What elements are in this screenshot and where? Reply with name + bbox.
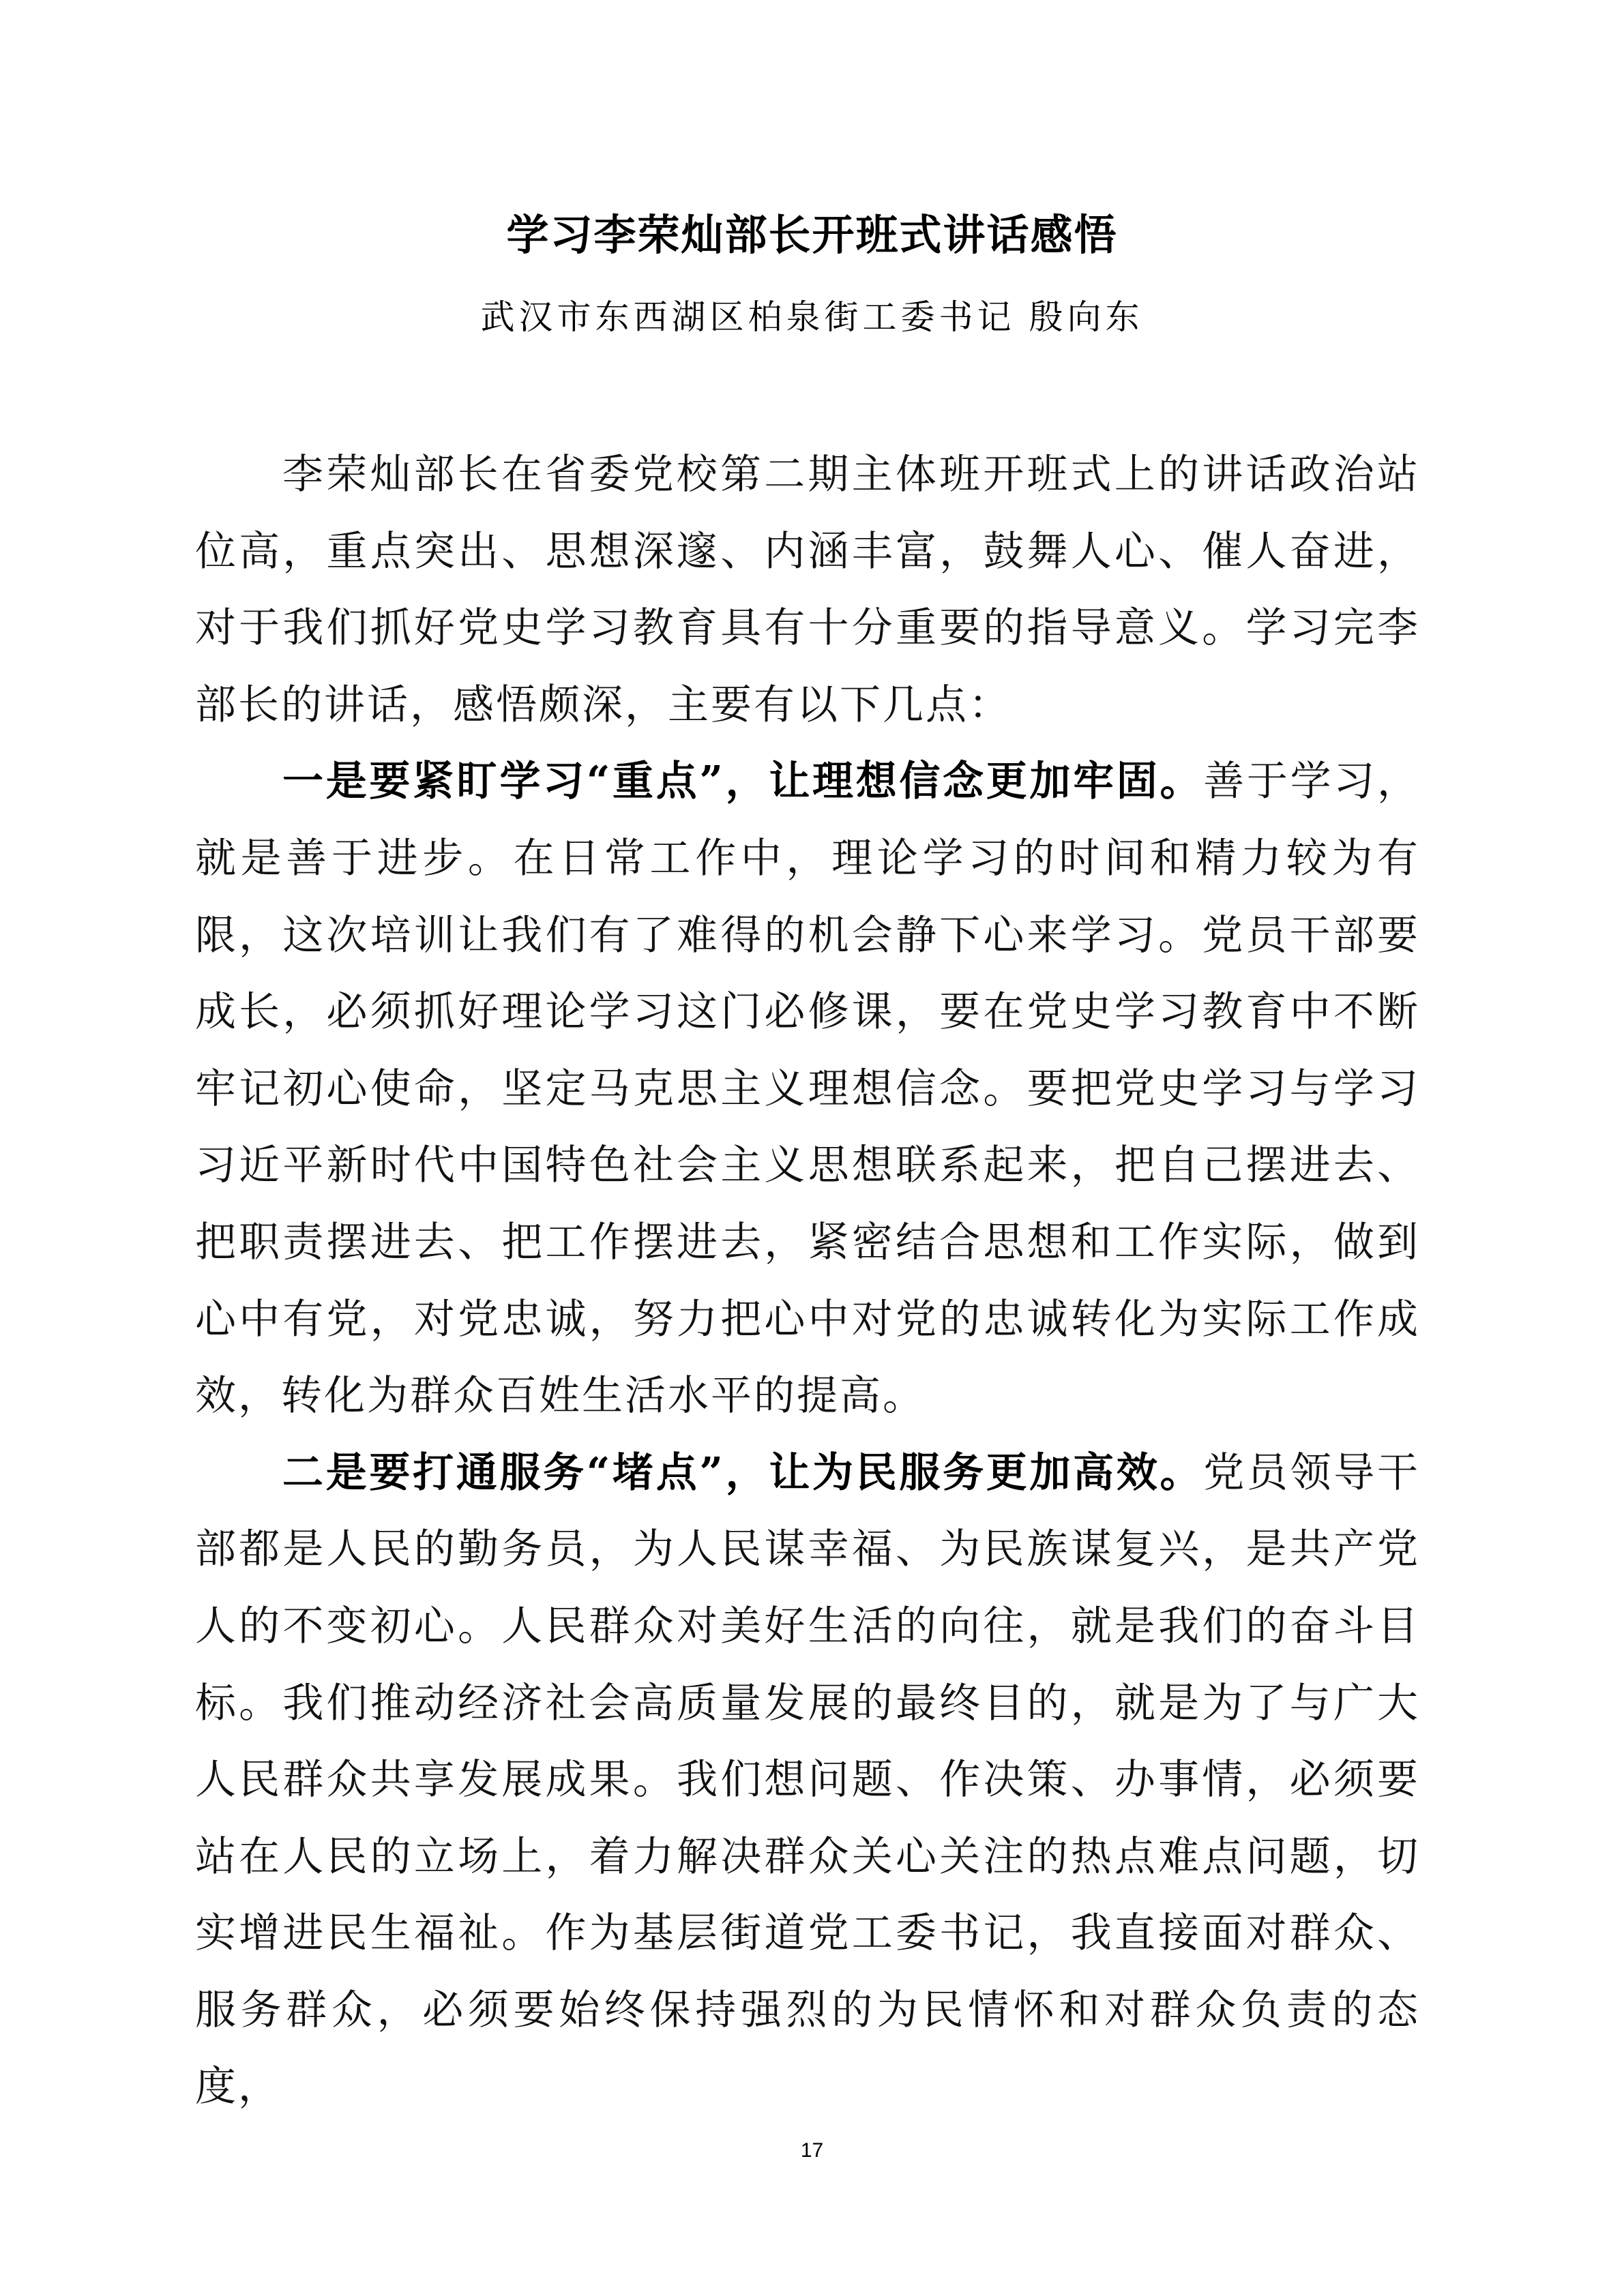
paragraph-point-two: 二是要打通服务“堵点”，让为民服务更加高效。党员领导干部都是人民的勤务员，为人民… bbox=[195, 1435, 1420, 2126]
author-affiliation: 武汉市东西湖区柏泉街工委书记 bbox=[481, 297, 1016, 337]
author-name: 殷向东 bbox=[1029, 297, 1144, 337]
page-number: 17 bbox=[0, 2137, 1624, 2164]
paragraph-text: 李荣灿部长在省委党校第二期主体班开班式上的讲话政治站位高，重点突出、思想深邃、内… bbox=[195, 451, 1420, 729]
paragraph-point-one: 一是要紧盯学习“重点”，让理想信念更加牢固。善于学习，就是善于进步。在日常工作中… bbox=[195, 743, 1420, 1434]
paragraph-text: 党员领导干部都是人民的勤务员，为人民谋幸福、为民族谋复兴，是共产党人的不变初心。… bbox=[195, 1449, 1420, 2111]
paragraph-lead-heading: 一是要紧盯学习“重点”，让理想信念更加牢固。 bbox=[282, 758, 1203, 805]
document-title: 学习李荣灿部长开班式讲话感悟 bbox=[0, 205, 1624, 266]
document-page: 学习李荣灿部长开班式讲话感悟 武汉市东西湖区柏泉街工委书记殷向东 李荣灿部长在省… bbox=[0, 0, 1624, 2296]
document-body: 李荣灿部长在省委党校第二期主体班开班式上的讲话政治站位高，重点突出、思想深邃、内… bbox=[195, 436, 1420, 2126]
document-byline: 武汉市东西湖区柏泉街工委书记殷向东 bbox=[0, 290, 1624, 344]
paragraph-lead-heading: 二是要打通服务“堵点”，让为民服务更加高效。 bbox=[282, 1449, 1203, 1497]
paragraph-text: 善于学习，就是善于进步。在日常工作中，理论学习的时间和精力较为有限，这次培训让我… bbox=[195, 758, 1420, 1420]
paragraph-intro: 李荣灿部长在省委党校第二期主体班开班式上的讲话政治站位高，重点突出、思想深邃、内… bbox=[195, 436, 1420, 743]
